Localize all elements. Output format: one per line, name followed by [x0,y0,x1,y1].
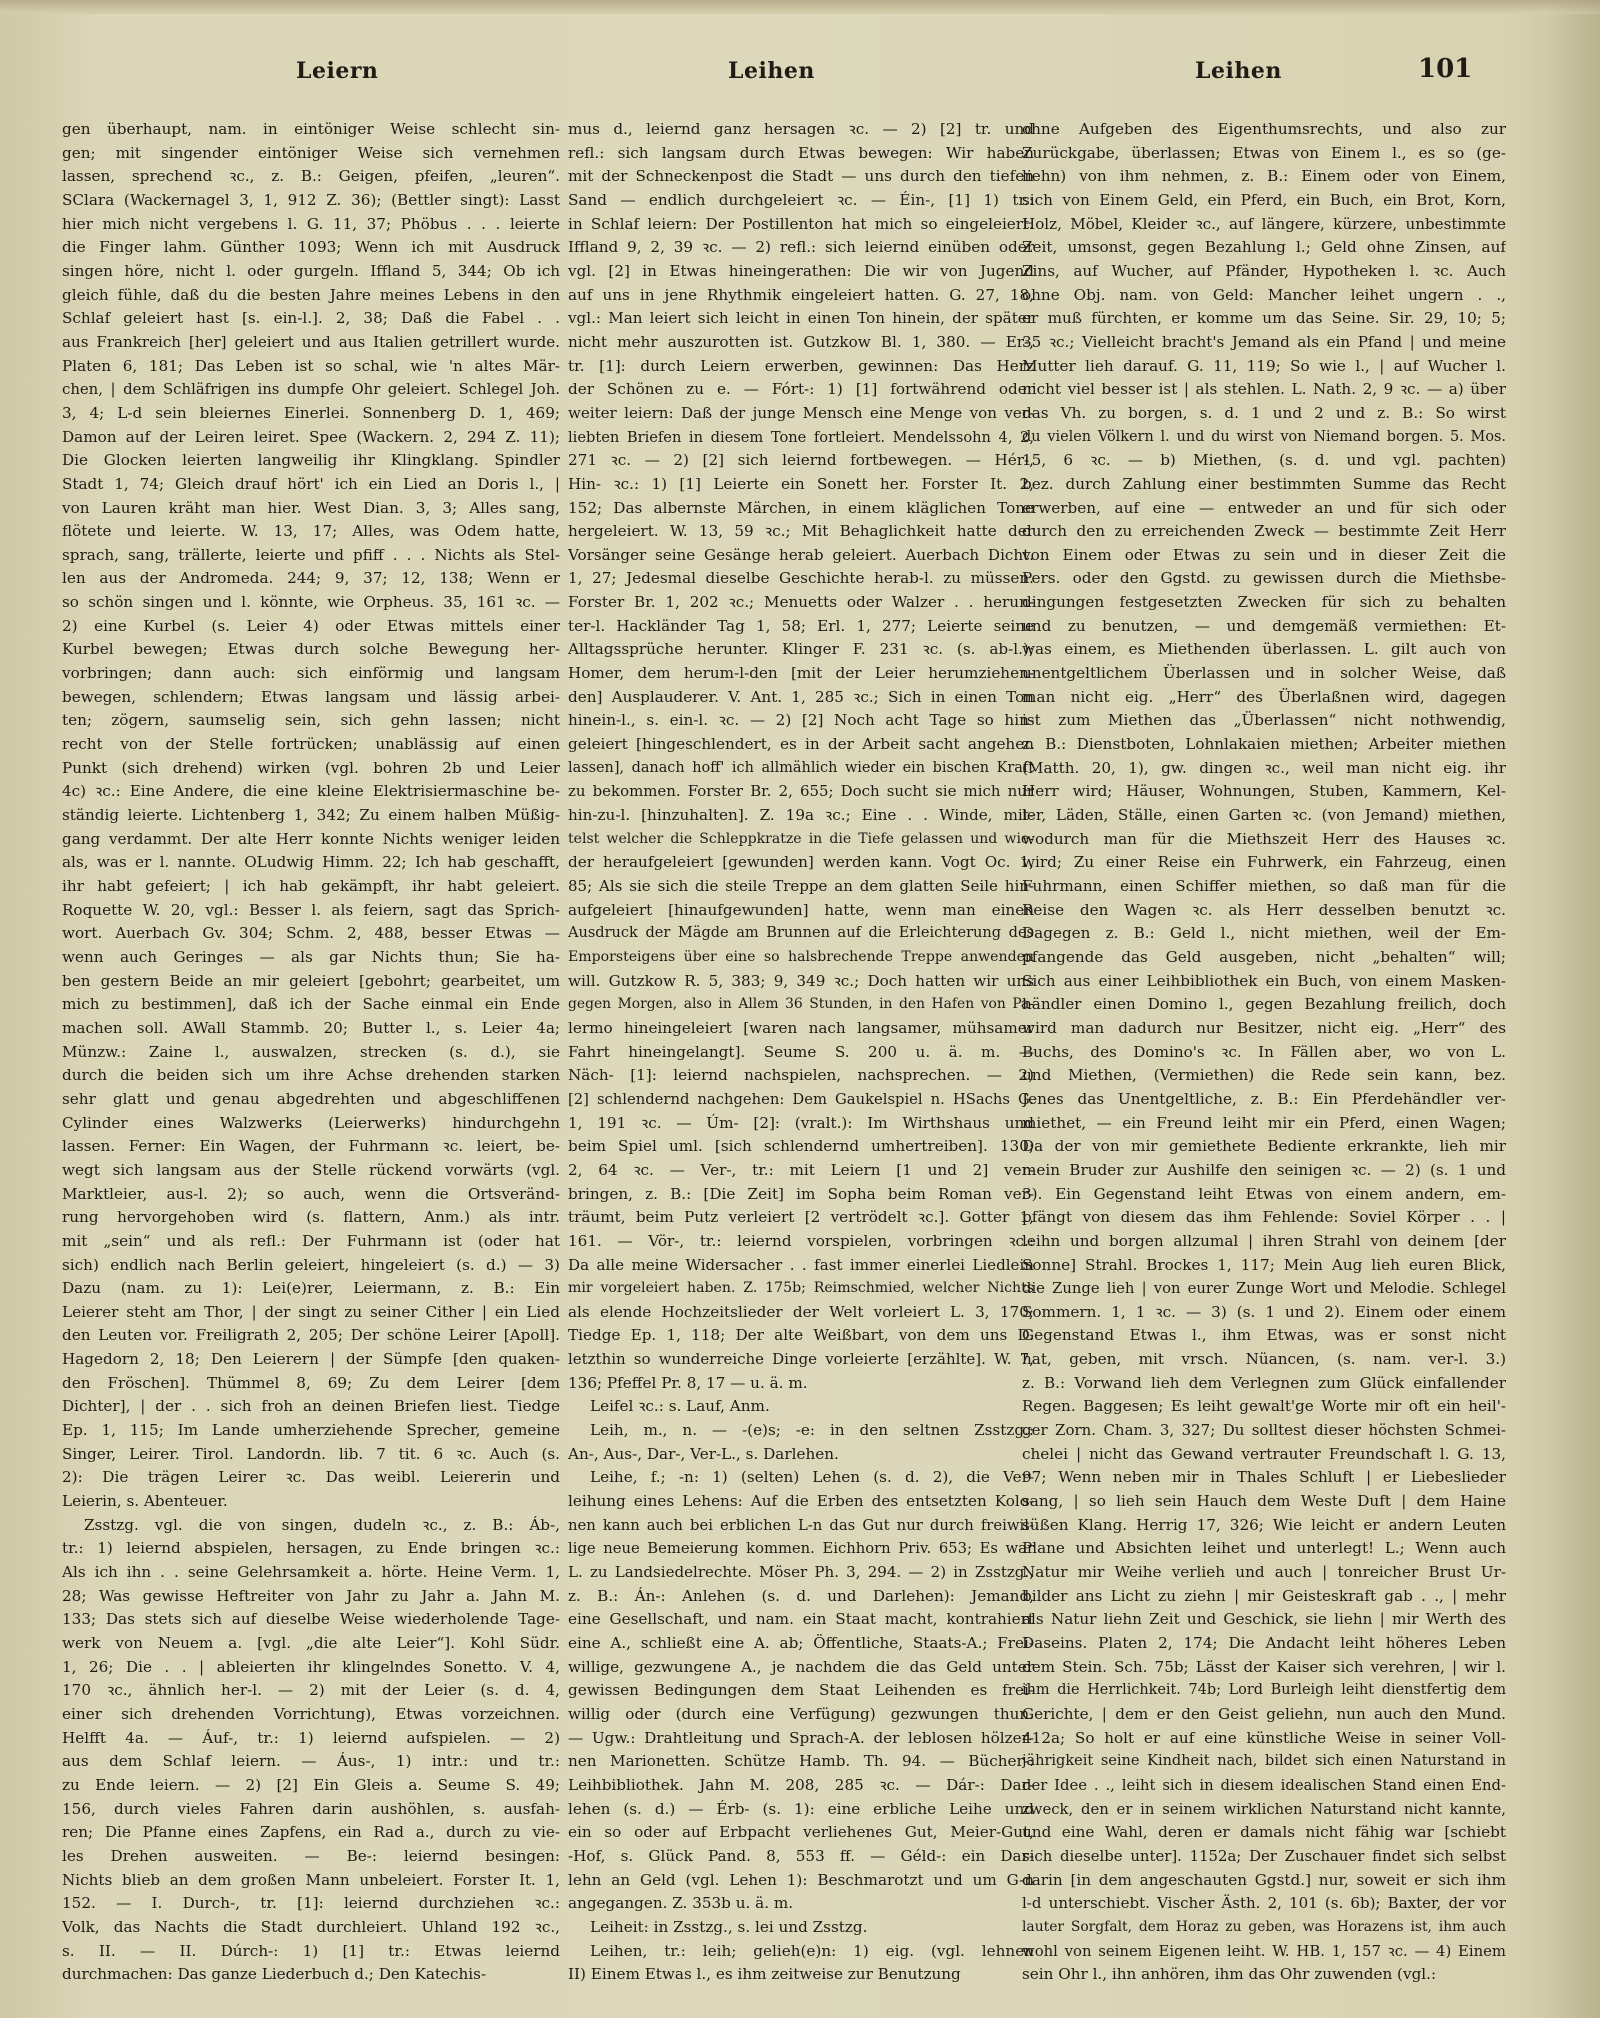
text-line: vorbringen; dann auch: sich einförmig un… [62,662,560,686]
text-line: als Natur liehn Zeit und Geschick, sie l… [1022,1608,1506,1632]
text-line: Sand — endlich durchgeleiert ꝛc. — Éin-,… [568,189,1034,213]
text-line: lehen (s. d.) — Érb- (s. 1): eine erblic… [568,1798,1034,1822]
text-line: Emporsteigens über eine so halsbrechende… [568,946,1034,970]
text-line: 152. — I. Durch-, tr. [1]: leiernd durch… [62,1892,560,1916]
text-line: Zurückgabe, überlassen; Etwas von Einem … [1022,142,1506,166]
text-line: Nichts blieb an dem großen Mann unbeleie… [62,1869,560,1893]
text-line: werk von Neuem a. [vgl. „die alte Leier“… [62,1632,560,1656]
text-line: gen überhaupt, nam. in eintöniger Weise … [62,118,560,142]
text-line: das Vh. zu borgen, s. d. 1 und 2 und z. … [1022,402,1506,426]
text-line: Leiheit: in Zsstzg., s. lei und Zsstzg. [568,1916,1034,1940]
text-line: mein Bruder zur Aushilfe den seinigen ꝛc… [1022,1159,1506,1183]
text-line: Plane und Absichten leihet und unterlegt… [1022,1537,1506,1561]
text-line: Sommern. 1, 1 ꝛc. — 3) (s. 1 und 2). Ein… [1022,1301,1506,1325]
text-line: Fahrt hineingelangt]. Seume S. 200 u. ä.… [568,1041,1034,1065]
text-line: 156, durch vieles Fahren darin aushöhlen… [62,1798,560,1822]
text-line: Hagedorn 2, 18; Den Leierern | der Sümpf… [62,1348,560,1372]
text-line: mit der Schneckenpost die Stadt — uns du… [568,165,1034,189]
text-line: 2): Die trägen Leirer ꝛc. Das weibl. Lei… [62,1466,560,1490]
text-line: Dagegen z. B.: Geld l., nicht miethen, w… [1022,922,1506,946]
text-line: süßen Klang. Herrig 17, 326; Wie leicht … [1022,1514,1506,1538]
text-line: lige neue Bemeierung kommen. Eichhorn Pr… [568,1537,1034,1561]
text-line: lermo hineingeleiert [waren nach langsam… [568,1017,1034,1041]
text-line: eine A., schließt eine A. ab; Öffentlich… [568,1632,1034,1656]
text-line: gleich fühle, daß du die besten Jahre me… [62,284,560,308]
text-line: Hin- ꝛc.: 1) [1] Leierte ein Sonett her.… [568,473,1034,497]
text-line: mus d., leiernd ganz hersagen ꝛc. — 2) [… [568,118,1034,142]
text-line: Da alle meine Widersacher . . fast immer… [568,1254,1034,1278]
text-line: jährigkeit seine Kindheit nach, bildet s… [1022,1750,1506,1774]
text-line: 2) eine Kurbel (s. Leier 4) oder Etwas m… [62,615,560,639]
text-line: wird man dadurch nur Besitzer, nicht eig… [1022,1017,1506,1041]
text-line: lauter Sorgfalt, dem Horaz zu geben, was… [1022,1916,1506,1940]
text-line: du vielen Völkern l. und du wirst von Ni… [1022,426,1506,450]
text-line: pfängt von diesem das ihm Fehlende: Sovi… [1022,1206,1506,1230]
text-line: ohne Obj. nam. von Geld: Mancher leihet … [1022,284,1506,308]
text-line: telst welcher die Schleppkratze in die T… [568,828,1034,852]
text-line: 35 ꝛc.; Vielleicht bracht's Jemand als e… [1022,331,1506,355]
text-line: aufgeleiert [hinaufgewunden] hatte, wenn… [568,899,1034,923]
text-line: Regen. Baggesen; Es leiht gewalt'ge Wort… [1022,1395,1506,1419]
text-line: als, was er l. nannte. OLudwig Himm. 22;… [62,851,560,875]
text-line: aus dem Schlaf leiern. — Áus-, 1) intr.:… [62,1750,560,1774]
text-line: Die Glocken leierten langweilig ihr Klin… [62,449,560,473]
dictionary-page: Leiern Leihen Leihen 101 gen überhaupt, … [0,0,1600,2018]
text-line: der heraufgeleiert [gewunden] werden kan… [568,851,1034,875]
text-line: eine Gesellschaft, und nam. ein Staat ma… [568,1608,1034,1632]
text-line: lassen], danach hoff' ich allmählich wie… [568,757,1034,781]
text-line: durch den zu erreichenden Zweck — bestim… [1022,520,1506,544]
text-line: Punkt (sich drehend) wirken (vgl. bohren… [62,757,560,781]
text-line: der Schönen zu e. — Fórt-: 1) [1] fortwä… [568,378,1034,402]
text-line: rung hervorgehoben wird (s. flattern, An… [62,1206,560,1230]
text-line: Als ich ihn . . seine Gelehrsamkeit a. h… [62,1561,560,1585]
text-line: 161. — Vör-, tr.: leiernd vorspielen, vo… [568,1230,1034,1254]
text-line: z. B.: Án-: Anlehen (s. d. und Darlehen)… [568,1585,1034,1609]
text-line: Herr wird; Häuser, Wohnungen, Stuben, Ka… [1022,780,1506,804]
text-line: bewegen, schlendern; Etwas langsam und l… [62,686,560,710]
text-line: Tiedge Ep. 1, 118; Der alte Weißbart, vo… [568,1324,1034,1348]
text-line: An-, Aus-, Dar-, Ver-L., s. Darlehen. [568,1443,1034,1467]
text-line: Zins, auf Wucher, auf Pfänder, Hypotheke… [1022,260,1506,284]
text-line: in Schlaf leiern: Der Postillenton hat m… [568,213,1034,237]
text-line: und zu benutzen, — und demgemäß vermieth… [1022,615,1506,639]
text-line: gang verdammt. Der alte Herr konnte Nich… [62,828,560,852]
text-line: 152; Das albernste Märchen, in einem klä… [568,497,1034,521]
text-line: ger Zorn. Cham. 3, 327; Du solltest dies… [1022,1419,1506,1443]
text-line: recht von der Stelle fortrücken; unabläs… [62,733,560,757]
text-line: händler einen Domino l., gegen Bezahlung… [1022,993,1506,1017]
text-line: Gerichte, | dem er den Geist geliehn, nu… [1022,1703,1506,1727]
text-line: Homer, dem herum-l-den [mit der Leier he… [568,662,1034,686]
text-line: bilder ans Licht zu ziehn | mir Geistesk… [1022,1585,1506,1609]
text-line: Ausdruck der Mägde am Brunnen auf die Er… [568,922,1034,946]
text-line: 412a; So holt er auf eine künstliche Wei… [1022,1727,1506,1751]
text-line: sehr glatt und genau abgedrehten und abg… [62,1088,560,1112]
text-line: die Finger lahm. Günther 1093; Wenn ich … [62,236,560,260]
text-line: sich) endlich nach Berlin geleiert, hing… [62,1254,560,1278]
text-line: s. II. — II. Dúrch-: 1) [1] tr.: Etwas l… [62,1940,560,1964]
text-line: hat, geben, mit vrsch. Nüancen, (s. nam.… [1022,1348,1506,1372]
text-line: als elende Hochzeitslieder der Welt vorl… [568,1301,1034,1325]
text-line: Volk, das Nachts die Stadt durchleiert. … [62,1916,560,1940]
text-line: wohl von seinem Eigenen leiht. W. HB. 1,… [1022,1940,1506,1964]
text-line: Roquette W. 20, vgl.: Besser l. als feie… [62,899,560,923]
text-line: Dichter], | der . . sich froh an deinen … [62,1395,560,1419]
text-line: hier mich nicht vergebens l. G. 11, 37; … [62,213,560,237]
text-line: Münzw.: Zaine l., auswalzen, strecken (s… [62,1041,560,1065]
text-line: träumt, beim Putz verleiert [2 vertrödel… [568,1206,1034,1230]
text-line: leihn und borgen allzumal | ihren Strahl… [1022,1230,1506,1254]
text-line: er muß fürchten, er komme um das Seine. … [1022,307,1506,331]
text-line: Näch- [1]: leiernd nachspielen, nachspre… [568,1064,1034,1088]
text-line: Mutter lieh darauf. G. 11, 119; So wie l… [1022,355,1506,379]
text-line: z. B.: Dienstboten, Lohnlakaien miethen;… [1022,733,1506,757]
text-line: nen Marionetten. Schütze Hamb. Th. 94. —… [568,1750,1034,1774]
text-line: L. zu Landsiedelrechte. Möser Ph. 3, 294… [568,1561,1034,1585]
page-edge-shadow [1545,0,1600,2018]
text-line: Damon auf der Leiren leiret. Spee (Wacke… [62,426,560,450]
text-line: man nicht eig. „Herr“ des Überlaßnen wir… [1022,686,1506,710]
text-line: [2] schlendernd nachgehen: Dem Gaukelspi… [568,1088,1034,1112]
text-line: hergeleiert. W. 13, 59 ꝛc.; Mit Behaglic… [568,520,1034,544]
text-line: Singer, Leirer. Tirol. Landordn. lib. 7 … [62,1443,560,1467]
text-line: 15, 6 ꝛc. — b) Miethen, (s. d. und vgl. … [1022,449,1506,473]
text-line: letzthin so wunderreiche Dinge vorleiert… [568,1348,1034,1372]
text-line: sein Ohr l., ihn anhören, ihm das Ohr zu… [1022,1963,1506,1987]
text-line: von Einem oder Etwas zu sein und in dies… [1022,544,1506,568]
text-line: Reise den Wagen ꝛc. als Herr desselben b… [1022,899,1506,923]
text-line: gegen Morgen, also in Allem 36 Stunden, … [568,993,1034,1017]
text-line: miethet, — ein Freund leiht mir ein Pfer… [1022,1112,1506,1136]
text-line: z. B.: Vorwand lieh dem Verlegnen zum Gl… [1022,1372,1506,1396]
text-line: sich dieselbe unter]. 1152a; Der Zuschau… [1022,1845,1506,1869]
text-line: der Idee . ., leiht sich in diesem ideal… [1022,1774,1506,1798]
text-line: 133; Das stets sich auf dieselbe Weise w… [62,1608,560,1632]
text-line: Platen 6, 181; Das Leben ist so schal, w… [62,355,560,379]
text-line: ist zum Miethen das „Überlassen“ nicht n… [1022,709,1506,733]
text-line: Stadt 1, 74; Gleich drauf hört' ich ein … [62,473,560,497]
text-line: ler, Läden, Ställe, einen Garten ꝛc. (vo… [1022,804,1506,828]
text-line: SClara (Wackernagel 3, 1, 912 Z. 36); (B… [62,189,560,213]
text-line: II) Einem Etwas l., es ihm zeitweise zur… [568,1963,1034,1987]
text-line: den Fröschen]. Thümmel 8, 69; Zu dem Lei… [62,1372,560,1396]
text-line: hinein-l., s. ein-l. ꝛc. — 2) [2] Noch a… [568,709,1034,733]
text-line: von Lauren kräht man hier. West Dian. 3,… [62,497,560,521]
text-line: Daseins. Platen 2, 174; Die Andacht leih… [1022,1632,1506,1656]
text-line: gen; mit singender eintöniger Weise sich… [62,142,560,166]
text-line: pfangende das Geld ausgeben, nicht „beha… [1022,946,1506,970]
text-line: Fuhrmann, einen Schiffer miethen, so daß… [1022,875,1506,899]
text-line: durchmachen: Das ganze Liederbuch d.; De… [62,1963,560,1987]
text-line: sang, | so lieh sein Hauch dem Weste Duf… [1022,1490,1506,1514]
text-line: den Leuten vor. Freiligrath 2, 205; Der … [62,1324,560,1348]
text-line: Leierer steht am Thor, | der singt zu se… [62,1301,560,1325]
text-line: Ep. 1, 115; Im Lande umherziehende Sprec… [62,1419,560,1443]
text-line: Jenes das Unentgeltliche, z. B.: Ein Pfe… [1022,1088,1506,1112]
text-line: (Matth. 20, 1), gw. dingen ꝛc., weil man… [1022,757,1506,781]
running-head-right: Leihen [1195,58,1282,84]
text-line: unentgeltlichem Überlassen und in solche… [1022,662,1506,686]
text-line: 1, 27; Jedesmal dieselbe Geschichte hera… [568,567,1034,591]
text-line: einer sich drehenden Vorrichtung), Etwas… [62,1703,560,1727]
text-line: ein so oder auf Erbpacht verliehenes Gut… [568,1821,1034,1845]
text-line: wodurch man für die Miethszeit Herr des … [1022,828,1506,852]
text-line: mich zu bestimmen], daß ich der Sache ei… [62,993,560,1017]
column-right: ohne Aufgeben des Eigenthumsrechts, und … [1022,118,1506,1987]
text-line: 4c) ꝛc.: Eine Andere, die eine kleine El… [62,780,560,804]
text-line: wort. Auerbach Gv. 304; Schm. 2, 488, be… [62,922,560,946]
text-line: chen, | dem Schläfrigen ins dumpfe Ohr g… [62,378,560,402]
text-line: Cylinder eines Walzwerks (Leierwerks) hi… [62,1112,560,1136]
text-line: angegangen. Z. 353b u. ä. m. [568,1892,1034,1916]
text-line: bez. durch Zahlung einer bestimmten Summ… [1022,473,1506,497]
text-line: mir vorgeleiert haben. Z. 175b; Reimschm… [568,1277,1034,1301]
text-line: Buchs, des Domino's ꝛc. In Fällen aber, … [1022,1041,1506,1065]
text-line: l-d unterschiebt. Vischer Ästh. 2, 101 (… [1022,1892,1506,1916]
text-line: willig oder (durch eine Verfügung) gezwu… [568,1703,1034,1727]
text-line: flötete und leierte. W. 13, 17; Alles, w… [62,520,560,544]
text-line: dem Stein. Sch. 75b; Lässt der Kaiser si… [1022,1656,1506,1680]
text-line: willige, gezwungene A., je nachdem die d… [568,1656,1034,1680]
text-line: machen soll. AWall Stammb. 20; Butter l.… [62,1017,560,1041]
text-line: Leih, m., n. — -(e)s; -e: in den seltnen… [568,1419,1034,1443]
text-line: zu bekommen. Forster Br. 2, 655; Doch su… [568,780,1034,804]
text-line: auf uns in jene Rhythmik eingeleiert hat… [568,284,1034,308]
text-line: will. Gutzkow R. 5, 383; 9, 349 ꝛc.; Doc… [568,970,1034,994]
text-line: Leierin, s. Abenteuer. [62,1490,560,1514]
running-head-left: Leiern [296,58,378,84]
text-line: nicht viel besser ist | als stehlen. L. … [1022,378,1506,402]
text-line: durch die beiden sich um ihre Achse dreh… [62,1064,560,1088]
text-line: wegt sich langsam aus der Stelle rückend… [62,1159,560,1183]
text-line: geleiert [hingeschlendert, es in der Arb… [568,733,1034,757]
text-line: dingungen festgesetzten Zwecken für sich… [1022,591,1506,615]
text-line: den] Ausplauderer. V. Ant. 1, 285 ꝛc.; S… [568,686,1034,710]
text-line: ben gestern Beide an mir geleiert [geboh… [62,970,560,994]
text-line: und eine Wahl, deren er damals nicht fäh… [1022,1821,1506,1845]
text-line: tr. [1]: durch Leiern erwerben, gewinnen… [568,355,1034,379]
text-line: Gegenstand Etwas l., ihm Etwas, was er s… [1022,1324,1506,1348]
text-line: lehn an Geld (vgl. Lehen 1): Beschmarotz… [568,1869,1034,1893]
page-top-edge [0,0,1600,14]
text-line: nicht mehr auszurotten ist. Gutzkow Bl. … [568,331,1034,355]
text-line: bringen, z. B.: [Die Zeit] im Sopha beim… [568,1183,1034,1207]
text-line: 271 ꝛc. — 2) [2] sich leiernd fortbewege… [568,449,1034,473]
text-line: 28; Was gewisse Heftreiter von Jahr zu J… [62,1585,560,1609]
running-head-middle: Leihen [728,58,815,84]
text-line: Zsstzg. vgl. die von singen, dudeln ꝛc.,… [62,1514,560,1538]
text-line: aus Frankreich [her] geleiert und aus It… [62,331,560,355]
text-line: Holz, Möbel, Kleider ꝛc., auf längere, k… [1022,213,1506,237]
text-line: ohne Aufgeben des Eigenthumsrechts, und … [1022,118,1506,142]
text-line: mit „sein“ und als refl.: Der Fuhrmann i… [62,1230,560,1254]
text-line: les Drehen ausweiten. — Be-: leiernd bes… [62,1845,560,1869]
text-line: die Zunge lieh | von eurer Zunge Wort un… [1022,1277,1506,1301]
text-line: 1, 191 ꝛc. — Úm- [2]: (vralt.): Im Wirth… [568,1112,1034,1136]
text-line: 136; Pfeffel Pr. 8, 17 — u. ä. m. [568,1372,1034,1396]
text-line: beim Spiel uml. [sich schlendernd umhert… [568,1135,1034,1159]
text-line: Marktleier, aus-l. 2); so auch, wenn die… [62,1183,560,1207]
text-line: Vorsänger seine Gesänge herab geleiert. … [568,544,1034,568]
text-line: zweck, den er in seinem wirklichen Natur… [1022,1798,1506,1822]
text-line: erwerben, auf eine — entweder an und für… [1022,497,1506,521]
text-line: ihm die Herrlichkeit. 74b; Lord Burleigh… [1022,1679,1506,1703]
text-line: 85; Als sie sich die steile Treppe an de… [568,875,1034,899]
text-line: Sich aus einer Leihbibliothek ein Buch, … [1022,970,1506,994]
text-line: zu Ende leiern. — 2) [2] Ein Gleis a. Se… [62,1774,560,1798]
text-line: Helfft 4a. — Áuf-, tr.: 1) leiernd aufsp… [62,1727,560,1751]
text-line: Leihen, tr.: leih; gelieh(e)n: 1) eig. (… [568,1940,1034,1964]
text-line: leihung eines Lehens: Auf die Erben des … [568,1490,1034,1514]
text-line: 3, 4; L-d sein bleiernes Einerlei. Sonne… [62,402,560,426]
text-line: hin-zu-l. [hinzuhalten]. Z. 19a ꝛc.; Ein… [568,804,1034,828]
text-line: liehn) von ihm nehmen, z. B.: Einem oder… [1022,165,1506,189]
text-line: weiter leiern: Daß der junge Mensch eine… [568,402,1034,426]
text-line: gewissen Bedingungen dem Staat Leihenden… [568,1679,1034,1703]
text-line: 1, 26; Die . . | ableierten ihr klingeln… [62,1656,560,1680]
text-line: Schlaf geleiert hast [s. ein-l.]. 2, 38;… [62,307,560,331]
text-line: refl.: sich langsam durch Etwas bewegen:… [568,142,1034,166]
text-line: Alltagssprüche herunter. Klinger F. 231 … [568,638,1034,662]
text-line: Da der von mir gemiethete Bediente erkra… [1022,1135,1506,1159]
text-line: Dazu (nam. zu 1): Lei(e)rer, Leiermann, … [62,1277,560,1301]
text-line: sprach, sang, trällerte, leierte und pfi… [62,544,560,568]
text-line: und Miethen, (Vermiethen) die Rede sein … [1022,1064,1506,1088]
text-line: wenn auch Geringes — als gar Nichts thun… [62,946,560,970]
text-line: ten; zögern, saumselig sein, sich gehn l… [62,709,560,733]
text-line: Pers. oder den Ggstd. zu gewissen durch … [1022,567,1506,591]
column-left: gen überhaupt, nam. in eintöniger Weise … [62,118,560,1987]
text-line: len aus der Andromeda. 244; 9, 37; 12, 1… [62,567,560,591]
text-line: -Hof, s. Glück Pand. 8, 553 ff. — Géld-:… [568,1845,1034,1869]
text-line: chelei | nicht das Gewand vertrauter Fre… [1022,1443,1506,1467]
text-line: ständig leierte. Lichtenberg 1, 342; Zu … [62,804,560,828]
text-line: Leihe, f.; -n: 1) (selten) Lehen (s. d. … [568,1466,1034,1490]
text-line: 170 ꝛc., ähnlich her-l. — 2) mit der Lei… [62,1679,560,1703]
text-line: so schön singen und l. könnte, wie Orphe… [62,591,560,615]
text-line: ter-l. Hackländer Tag 1, 58; Erl. 1, 277… [568,615,1034,639]
text-line: lassen. Ferner: Ein Wagen, der Fuhrmann … [62,1135,560,1159]
text-line: lassen, sprechend ꝛc., z. B.: Geigen, pf… [62,165,560,189]
text-line: singen höre, nicht l. oder gurgeln. Iffl… [62,260,560,284]
text-line: sich von Einem Geld, ein Pferd, ein Buch… [1022,189,1506,213]
text-line: ren; Die Pfanne eines Zapfens, ein Rad a… [62,1821,560,1845]
text-line: liebten Briefen in diesem Tone fortleier… [568,426,1034,450]
text-line: nen kann auch bei erblichen L-n das Gut … [568,1514,1034,1538]
text-line: Natur mir Weihe verlieh und auch | tonre… [1022,1561,1506,1585]
text-line: vgl.: Man leiert sich leicht in einen To… [568,307,1034,331]
text-line: Leifel ꝛc.: s. Lauf, Anm. [568,1395,1034,1419]
text-line: 97; Wenn neben mir in Thales Schluft | e… [1022,1466,1506,1490]
text-line: Leihbibliothek. Jahn M. 208, 285 ꝛc. — D… [568,1774,1034,1798]
text-line: wird; Zu einer Reise ein Fuhrwerk, ein F… [1022,851,1506,875]
text-line: — Ugw.: Drahtleitung und Sprach-A. der l… [568,1727,1034,1751]
text-line: Sonne] Strahl. Brockes 1, 117; Mein Aug … [1022,1254,1506,1278]
text-line: vgl. [2] in Etwas hineingerathen: Die wi… [568,260,1034,284]
column-middle: mus d., leiernd ganz hersagen ꝛc. — 2) [… [568,118,1034,1987]
text-line: Iffland 9, 2, 39 ꝛc. — 2) refl.: sich le… [568,236,1034,260]
text-line: 2, 64 ꝛc. — Ver-, tr.: mit Leiern [1 und… [568,1159,1034,1183]
text-line: Zeit, umsonst, gegen Bezahlung l.; Geld … [1022,236,1506,260]
text-line: Forster Br. 1, 202 ꝛc.; Menuetts oder Wa… [568,591,1034,615]
text-line: Kurbel bewegen; Etwas durch solche Beweg… [62,638,560,662]
text-line: ihr habt gefeiert; | ich hab gekämpft, i… [62,875,560,899]
page-number: 101 [1418,54,1472,84]
text-line: 3). Ein Gegenstand leiht Etwas von einem… [1022,1183,1506,1207]
text-line: tr.: 1) leiernd abspielen, hersagen, zu … [62,1537,560,1561]
text-line: was einem, es Miethenden überlassen. L. … [1022,638,1506,662]
text-line: darin [in dem angeschauten Ggstd.] nur, … [1022,1869,1506,1893]
